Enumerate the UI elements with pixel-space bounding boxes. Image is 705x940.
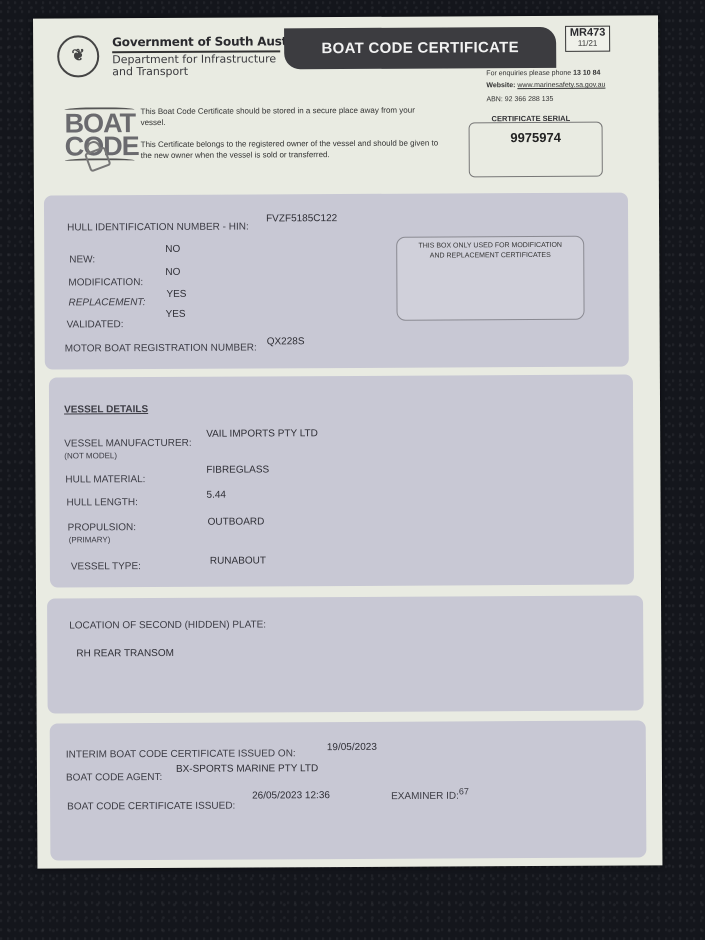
enquiries-phone: 13 10 84 (573, 70, 600, 77)
form-code-box: MR473 11/21 (565, 26, 610, 52)
hull-material-label: HULL MATERIAL: (65, 474, 145, 485)
propulsion-sublabel: (PRIMARY) (69, 535, 111, 544)
ownership-notice: This Certificate belongs to the register… (141, 138, 441, 162)
modification-replacement-box: THIS BOX ONLY USED FOR MODIFICATION AND … (396, 236, 584, 321)
department-name: Department for Infrastructure and Transp… (112, 53, 276, 78)
replacement-value: YES (166, 289, 186, 300)
registration-label: MOTOR BOAT REGISTRATION NUMBER: (65, 342, 257, 354)
manufacturer-label: VESSEL MANUFACTURER: (64, 438, 191, 450)
mod-box-line-2: AND REPLACEMENT CERTIFICATES (397, 251, 583, 262)
hull-length-value: 5.44 (206, 490, 226, 501)
examiner-id-value: 67 (459, 786, 469, 796)
modification-label: MODIFICATION: (68, 277, 143, 288)
manufacturer-value: VAIL IMPORTS PTY LTD (206, 428, 318, 440)
mod-box-line-1: THIS BOX ONLY USED FOR MODIFICATION (397, 241, 583, 252)
hull-material-value: FIBREGLASS (206, 464, 269, 475)
registration-value: QX228S (267, 336, 305, 347)
hin-label: HULL IDENTIFICATION NUMBER - HIN: (67, 222, 249, 234)
certificate-issued-label: BOAT CODE CERTIFICATE ISSUED: (67, 801, 235, 813)
replacement-label: REPLACEMENT: (68, 297, 145, 308)
certificate-issued-value: 26/05/2023 12:36 (252, 790, 330, 801)
hidden-plate-value: RH REAR TRANSOM (76, 648, 174, 660)
new-label: NEW: (69, 254, 95, 265)
enquiries: For enquiries please phone 13 10 84 Webs… (486, 68, 605, 107)
hull-length-label: HULL LENGTH: (67, 497, 138, 508)
website-link[interactable]: www.marinesafety.sa.gov.au (517, 82, 605, 89)
abn: ABN: 92 366 288 135 (486, 94, 605, 107)
validated-value: YES (166, 309, 186, 320)
hidden-plate-label: LOCATION OF SECOND (HIDDEN) PLATE: (69, 619, 266, 631)
form-date: 11/21 (566, 39, 609, 48)
propulsion-value: OUTBOARD (208, 516, 265, 527)
examiner-id-label: EXAMINER ID:67 (391, 786, 469, 802)
serial-box: 9975974 (469, 122, 603, 178)
serial-number: 9975974 (470, 130, 602, 146)
hidden-plate-panel: LOCATION OF SECOND (HIDDEN) PLATE: RH RE… (47, 595, 644, 713)
agent-label: BOAT CODE AGENT: (66, 772, 162, 784)
interim-issued-label: INTERIM BOAT CODE CERTIFICATE ISSUED ON: (66, 748, 296, 760)
document-title: BOAT CODE CERTIFICATE (284, 27, 556, 69)
south-australia-emblem-icon: ❦ (57, 35, 99, 77)
agent-value: BX-SPORTS MARINE PTY LTD (176, 763, 318, 775)
vessel-details-heading: VESSEL DETAILS (64, 404, 148, 415)
issue-panel: INTERIM BOAT CODE CERTIFICATE ISSUED ON:… (50, 720, 647, 860)
storage-notice: This Boat Code Certificate should be sto… (140, 105, 440, 129)
manufacturer-sublabel: (NOT MODEL) (64, 451, 117, 460)
department-line-2: and Transport (112, 65, 276, 78)
vessel-details-panel: VESSEL DETAILS VESSEL MANUFACTURER: (NOT… (49, 375, 634, 588)
identification-panel: HULL IDENTIFICATION NUMBER - HIN: FVZF51… (44, 193, 629, 370)
form-code: MR473 (566, 27, 609, 39)
vessel-type-value: RUNABOUT (210, 555, 266, 566)
validated-label: VALIDATED: (67, 319, 124, 330)
modification-value: NO (165, 267, 180, 278)
vessel-type-label: VESSEL TYPE: (71, 561, 141, 572)
boat-code-logo: BOAT CODE (64, 107, 138, 177)
new-value: NO (165, 244, 180, 255)
hin-value: FVZF5185C122 (266, 213, 337, 224)
interim-issued-value: 19/05/2023 (327, 742, 377, 753)
propulsion-label: PROPULSION: (68, 522, 136, 533)
boat-code-certificate: ❦ Government of South Australia Departme… (33, 15, 662, 868)
